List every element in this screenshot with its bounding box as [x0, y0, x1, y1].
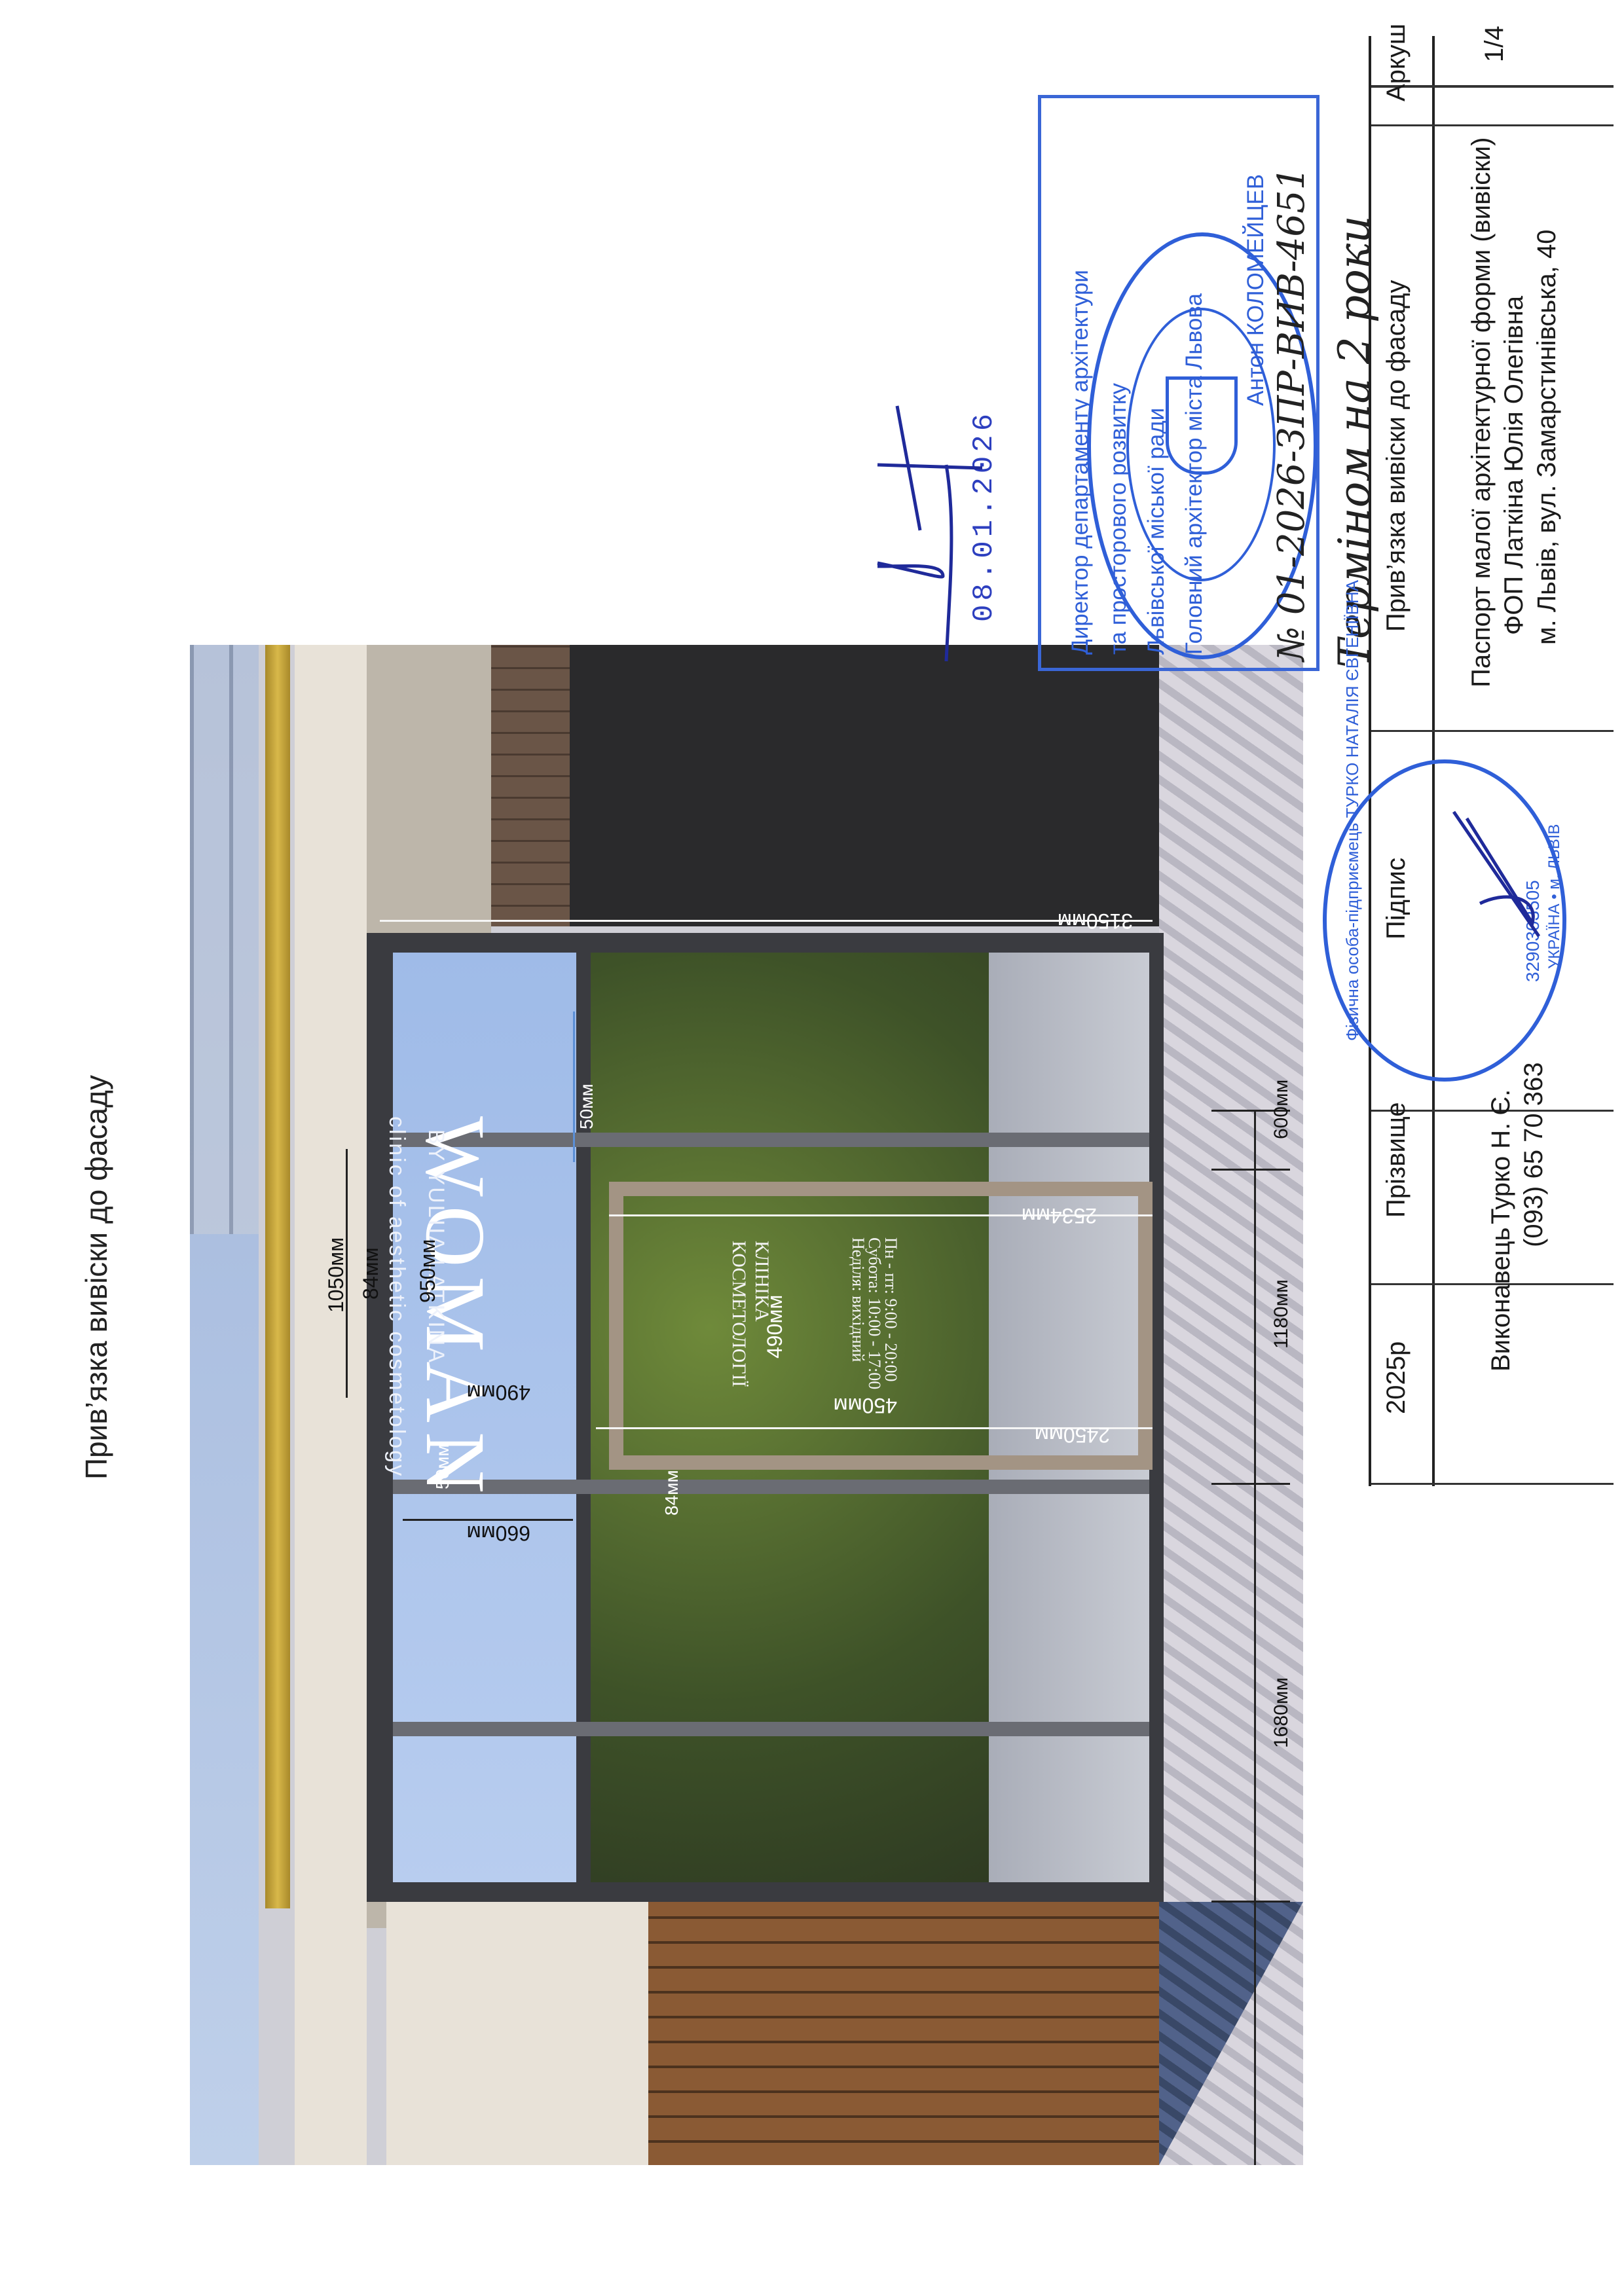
transom-2: [393, 1480, 1159, 1494]
tb-role: Виконавець: [1486, 1228, 1516, 1372]
dim-tick-2: [1211, 1169, 1290, 1171]
dim-line-bottom-chain: [1254, 1110, 1256, 2165]
dim-door-sign-width: 490мм: [763, 1295, 787, 1358]
tb-col-title: Прив’язка вивіски до фасаду: [1382, 280, 1411, 632]
dim-bottom-right: 600мм: [1270, 1080, 1293, 1139]
executor-signature-icon: [1441, 792, 1545, 949]
frame-bottom: [386, 1882, 1159, 1902]
frame-top: [386, 933, 1159, 953]
dim-left-panel: 660мм: [467, 1521, 530, 1545]
tb-sheet-number: 1/4: [1480, 26, 1509, 62]
dim-door-offset: 2450мм: [1035, 1423, 1110, 1447]
dim-bottom-mid: 1180мм: [1270, 1279, 1293, 1349]
tb-project-line-2: ФОП Латкіна Юлія Олегівна: [1500, 296, 1529, 635]
dim-letter-height: 84мм: [359, 1247, 383, 1300]
sign-subtitle: clinic of aesthetic cosmetology: [384, 1116, 409, 1478]
trident-icon: [1166, 376, 1238, 475]
facade-photo: WOMAN clinic of aesthetic cosmetology BY…: [190, 645, 1303, 2165]
tb-bottom-border: [1371, 1483, 1614, 1485]
door-heading-2: КОСМЕТОЛОГІЇ: [728, 1241, 750, 1387]
sign-brand: WOMAN: [406, 1116, 504, 1503]
executor-seal-place: УКРАЇНА • м. ЛЬВІВ: [1545, 824, 1564, 969]
door-hours-3: Неділя: вихідний: [848, 1237, 868, 1362]
dim-tick-4: [1211, 1901, 1290, 1903]
dim-total-height: 3150мм: [1058, 909, 1133, 933]
dim-gap-right: 50мм: [576, 1084, 597, 1129]
wood-cladding: [648, 1902, 1159, 2165]
transom-3: [393, 1722, 1159, 1736]
dim-line-total: [380, 920, 1153, 922]
dim-lower-letter: 84мм: [661, 1470, 682, 1516]
transom-1: [393, 1133, 1159, 1147]
tb-project-line-1: Паспорт малої архітектурної форми (вивіс…: [1467, 137, 1496, 687]
dim-door-sign-height: 450мм: [834, 1393, 897, 1417]
dim-sign-width: 950мм: [416, 1239, 440, 1303]
dim-door-height-label: 2534мм: [1022, 1203, 1097, 1228]
dim-sign-offset: 1050мм: [324, 1237, 348, 1313]
dim-bottom-left: 1680мм: [1270, 1677, 1293, 1748]
cornice: [295, 645, 367, 2165]
sheet-title: Прив’язка вивіски до фасаду: [79, 1075, 114, 1480]
registration-number: № 01-2026-ЗПР-ВИВ-4651: [1270, 167, 1313, 661]
approver-signature-icon: [871, 393, 1015, 674]
executor-seal-ring: Фізична особа-підприємець ТУРКО НАТАЛІЯ …: [1342, 580, 1363, 1041]
lower-wall: [386, 1902, 648, 2165]
neighbor-balcony: [190, 645, 259, 1234]
tb-executor-name: Турко Н. Є.: [1486, 1089, 1516, 1224]
tb-year: 2025р: [1382, 1341, 1411, 1414]
dim-gap-left: 50мм: [432, 1444, 453, 1489]
gas-pipe: [265, 645, 290, 1908]
dim-tick-3: [1211, 1483, 1290, 1485]
brick-wall: [491, 645, 570, 926]
tb-executor-phone: (093) 65 70 363: [1519, 1063, 1549, 1247]
mullion-1: [576, 933, 591, 1902]
tb-col-surname: Прізвище: [1382, 1102, 1411, 1218]
tb-col-sheet: Аркуш: [1382, 24, 1411, 101]
leader-line: [573, 1011, 575, 1162]
tb-row-2: [1371, 730, 1614, 732]
tb-row-1: [1371, 124, 1614, 126]
tb-project-line-3: м. Львів, вул. Замарстинівська, 40: [1532, 229, 1562, 645]
dim-sign-height: 490мм: [467, 1380, 530, 1404]
